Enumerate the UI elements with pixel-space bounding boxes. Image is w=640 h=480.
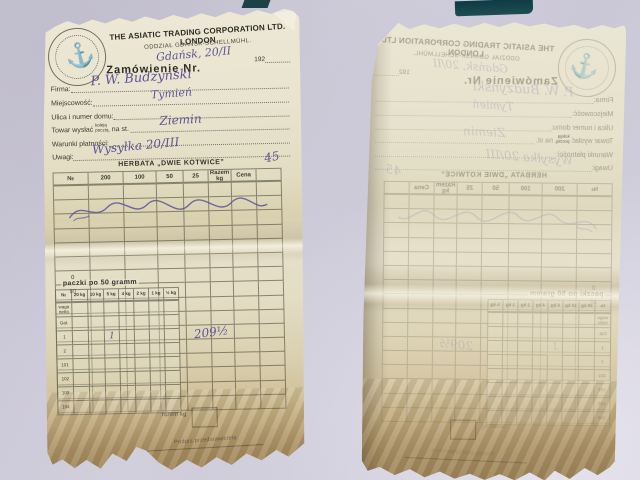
table-cell (432, 295, 455, 309)
table-cell (256, 169, 281, 183)
table-cell (532, 355, 547, 369)
table-cell: 5 kg (547, 301, 562, 314)
table-cell (212, 353, 235, 368)
table-cell (432, 351, 455, 365)
table-cell (455, 309, 480, 323)
table-cell (383, 237, 408, 251)
year-line: 192 (254, 54, 290, 64)
anchor-icon: ⚓ (566, 49, 601, 84)
table-cell (236, 381, 261, 396)
table-cell (487, 369, 502, 383)
table-cell (150, 357, 165, 371)
handwritten-45: 45 (384, 162, 402, 179)
table-cell (233, 225, 258, 240)
handwriting-squiggle (392, 203, 602, 237)
table-cell (134, 302, 149, 316)
table-cell (125, 241, 158, 256)
table-cell (135, 344, 150, 358)
table-cell: 4 kg (532, 300, 547, 313)
table-cell (382, 323, 407, 337)
towar-transport-options: koleją pocztą, (95, 123, 110, 133)
dark-object-top-center (242, 0, 271, 8)
table-cell (561, 384, 577, 398)
table-cell (577, 384, 593, 398)
table-cell (213, 367, 236, 382)
table-cell (546, 384, 561, 398)
table-cell (455, 366, 480, 380)
table-cell (517, 327, 532, 341)
table-cell (213, 381, 236, 396)
table-cell (151, 371, 166, 385)
table-cell (89, 330, 105, 344)
table-cell: ½ kg (164, 288, 179, 301)
table-cell (487, 355, 502, 369)
back-page-content: ⚓ THE ASIATIC TRADING CORPORATION LTD. L… (360, 21, 627, 480)
table-cell (261, 394, 286, 409)
year-line: 192 (374, 67, 410, 76)
table-cell (481, 238, 508, 252)
table-cell (259, 267, 284, 282)
table-cell: 1 (547, 342, 562, 356)
table-cell: 102 (593, 384, 609, 398)
table-cell (501, 397, 516, 411)
table-cell (186, 283, 211, 298)
table-cell (72, 303, 88, 317)
table-cell (456, 238, 481, 252)
table-cell (164, 301, 179, 315)
table-cell: 1 (594, 342, 610, 356)
table-cell: 100 (509, 183, 542, 196)
table-cell (516, 397, 531, 411)
table-cell (120, 316, 135, 330)
towar-transport-options: koleją pocztą, (555, 135, 570, 145)
table-cell (73, 359, 89, 373)
table-cell (455, 352, 480, 366)
table-cell (578, 314, 594, 328)
table-cell (576, 254, 611, 269)
table-cell (89, 358, 105, 372)
table-cell: ½ kg (487, 300, 502, 313)
table-cell: 103 (58, 387, 74, 401)
table-cell (407, 365, 432, 379)
towar-value: Ziemin (159, 112, 202, 128)
table-cell: № (56, 290, 72, 303)
table-cell (382, 379, 407, 393)
table-cell (547, 356, 562, 370)
table-cell (481, 281, 508, 295)
table-cell (407, 380, 432, 394)
table-cell (541, 267, 576, 282)
table-cell (407, 337, 432, 351)
table-cell (532, 313, 547, 327)
table-cell: 10 kg (562, 301, 578, 314)
table-cell (186, 297, 211, 312)
table-cell: 102 (58, 373, 74, 387)
table-cell (135, 330, 150, 344)
table-cell (547, 370, 562, 384)
packets-table: №20 kg10 kg5 kg4 kg2 kg1 kg½ kgwaga nett… (55, 287, 182, 416)
miejscowosc-label: Miejscowość: (51, 100, 93, 108)
table-cell: 103 (593, 398, 609, 412)
firma-label: Firma: (594, 97, 614, 104)
firma-label: Firma: (51, 86, 71, 93)
towar-line (375, 134, 534, 145)
front-page-content: ⚓ THE ASIATIC TRADING CORPORATION LTD. L… (37, 7, 309, 478)
year-dotline (265, 54, 290, 64)
signature-line (141, 444, 263, 452)
table-cell (541, 253, 576, 268)
table-cell (532, 341, 547, 355)
signature-label: Podpis przedstawiciela (431, 448, 494, 458)
table-cell (89, 344, 105, 358)
table-cell (125, 255, 158, 270)
table-cell (577, 398, 593, 412)
table-cell: № (594, 301, 610, 314)
table-cell (261, 380, 286, 395)
razem-box (191, 407, 217, 428)
uwagi-label: Uwagi: (52, 154, 74, 161)
table-cell (562, 342, 578, 356)
razem-label: razem kg (162, 412, 187, 419)
table-cell (408, 252, 433, 266)
table-cell (90, 256, 125, 271)
table-cell: 100 (124, 171, 157, 185)
table-cell (165, 315, 180, 329)
table-cell (487, 341, 502, 355)
table-cell (258, 253, 283, 268)
table-cell (456, 267, 481, 281)
table-cell (258, 224, 283, 239)
signature-line (405, 457, 527, 464)
table-cell: 1 kg (149, 288, 164, 301)
table-cell (562, 370, 578, 384)
uwagi-label: Uwagi: (591, 165, 612, 172)
table-cell: 2 kg (134, 289, 149, 302)
table-cell (486, 397, 501, 411)
year-prefix: 192 (254, 56, 265, 63)
table-cell (383, 280, 408, 294)
table-cell: 104 (593, 412, 609, 426)
table-cell (547, 314, 562, 328)
table-cell (211, 282, 234, 297)
table-cell (562, 328, 578, 342)
razem-label: razem kg (481, 424, 506, 430)
table-cell (407, 294, 432, 308)
table-cell (517, 355, 532, 369)
table-cell: Cena (409, 182, 434, 195)
table-cell (125, 227, 158, 242)
razem-box (450, 420, 476, 440)
table-cell (455, 295, 480, 309)
table-cell (74, 387, 90, 401)
table-cell (406, 408, 431, 422)
towar-poczta: pocztą, (555, 140, 570, 145)
table-cell (561, 398, 577, 412)
table-cell: 25 (183, 170, 208, 184)
table-cell (186, 311, 211, 326)
table-cell (234, 282, 259, 297)
table-cell: 4 kg (119, 289, 134, 302)
table-cell: 20 kg (578, 301, 594, 314)
table-cell: 104 (58, 401, 74, 415)
table-cell (502, 369, 517, 383)
signature-label: Podpis przedstawiciela (174, 435, 237, 446)
table-cell: waga netto (594, 314, 610, 328)
table-cell (158, 226, 185, 241)
table-cell (407, 351, 432, 365)
table-cell (517, 341, 532, 355)
table-cell (481, 253, 508, 267)
table-cell (481, 267, 508, 281)
handwritten-45: 45 (263, 149, 281, 166)
table-cell (186, 268, 211, 283)
table-cell (106, 400, 121, 414)
table-cell: 200 (542, 184, 577, 197)
table-cell (185, 226, 210, 241)
table-cell (234, 267, 259, 282)
table-cell (150, 315, 165, 329)
table-cell (383, 252, 408, 266)
table-cell (211, 296, 234, 311)
table-cell (433, 266, 456, 280)
table-cell (150, 343, 165, 357)
table-cell (576, 268, 611, 283)
table-cell: 10 kg (88, 289, 104, 302)
table-cell (90, 386, 106, 400)
table-cell (187, 339, 212, 354)
table-cell (74, 401, 90, 415)
table-cell (260, 324, 285, 339)
table-cell (546, 398, 561, 412)
table-cell (454, 394, 479, 408)
packets-title: paczki po 50 gramm (527, 290, 605, 298)
table-cell (576, 239, 611, 254)
packets-table: №20 kg10 kg5 kg4 kg2 kg1 kg½ kgwaga nett… (486, 299, 611, 426)
table-cell (73, 331, 89, 345)
table-cell (165, 357, 180, 371)
table-cell: 101 (57, 359, 73, 373)
table-cell (502, 313, 517, 327)
table-cell (508, 267, 541, 282)
table-cell (578, 328, 594, 342)
table-cell (381, 393, 406, 407)
table-cell: 2 kg (517, 300, 532, 313)
table-cell (120, 358, 135, 372)
table-cell: 5 kg (104, 289, 119, 302)
table-cell (433, 238, 456, 252)
table-cell (185, 254, 210, 269)
ulica-label: Ulica i numer domu: (51, 113, 113, 121)
table-cell (408, 266, 433, 280)
table-cell (135, 316, 150, 330)
table-cell (517, 369, 532, 383)
table-cell (210, 225, 233, 240)
table-cell (210, 239, 233, 254)
table-cell (407, 309, 432, 323)
table-cell (531, 397, 546, 411)
table-cell (136, 385, 151, 399)
table-cell (432, 366, 455, 380)
table-cell: waga netto (56, 303, 72, 317)
table-cell (382, 351, 407, 365)
table-cell: 200 (89, 172, 124, 186)
ulica-label: Ulica i numer domu: (551, 125, 613, 133)
table-cell: 20 kg (72, 290, 88, 303)
table-cell: № (577, 184, 612, 197)
table-cell (105, 358, 120, 372)
table-cell (106, 372, 121, 386)
table-cell (454, 380, 479, 394)
table-cell (486, 383, 501, 397)
table-cell (455, 323, 480, 337)
table-cell (578, 356, 594, 370)
table-cell (433, 280, 456, 294)
miejscowosc-label: Miejscowość: (572, 111, 614, 118)
table-cell (259, 295, 284, 310)
table-cell (165, 343, 180, 357)
table-cell (234, 310, 259, 325)
table-cell (382, 294, 407, 308)
table-cell (562, 314, 578, 328)
table-cell: 25 (457, 183, 482, 196)
table-cell (90, 372, 106, 386)
table-cell (562, 356, 578, 370)
table-cell (408, 280, 433, 294)
table-cell (578, 342, 594, 356)
table-cell (210, 254, 233, 269)
towar-label-2: na st. (112, 126, 129, 133)
table-cell (158, 255, 185, 270)
table-cell (166, 371, 181, 385)
table-cell (382, 337, 407, 351)
table-cell: 50 (482, 183, 509, 196)
table-cell: Razem kg (434, 182, 457, 195)
table-cell (55, 242, 90, 257)
table-cell (166, 385, 181, 399)
table-cell (135, 357, 150, 371)
handwriting-squiggle (63, 190, 274, 226)
table-cell: Gat. (57, 317, 73, 331)
table-cell (577, 412, 593, 426)
table-cell (517, 313, 532, 327)
table-cell (531, 383, 546, 397)
table-cell (501, 383, 516, 397)
table-cell (106, 386, 121, 400)
towar-poczta: pocztą, (95, 128, 110, 133)
table-cell: 2 (594, 356, 610, 370)
table-cell (516, 383, 531, 397)
table-cell (456, 281, 481, 295)
table-cell (260, 352, 285, 367)
table-cell (502, 341, 517, 355)
table-cell (432, 309, 455, 323)
table-cell (55, 257, 90, 272)
table-cell (431, 394, 454, 408)
table-cell (136, 371, 151, 385)
table-cell (516, 411, 531, 425)
table-cell (233, 253, 258, 268)
table-cell (384, 182, 409, 195)
table-cell (381, 408, 406, 422)
table-cell (120, 344, 135, 358)
table-cell (136, 399, 151, 413)
table-cell (456, 252, 481, 266)
table-cell (508, 253, 541, 268)
table-cell (258, 238, 283, 253)
table-cell (74, 373, 90, 387)
table-cell: 50 (156, 171, 183, 185)
table-cell (236, 367, 261, 382)
table-cell (88, 302, 104, 316)
table-cell (73, 317, 89, 331)
table-cell (433, 252, 456, 266)
table-cell (406, 394, 431, 408)
table-cell (120, 330, 135, 344)
table-cell (121, 400, 136, 414)
table-cell (235, 352, 260, 367)
table-cell: 101 (594, 370, 610, 384)
table-cell (487, 327, 502, 341)
table-cell (188, 368, 213, 383)
table-cell (187, 353, 212, 368)
table-cell: Razem kg (208, 170, 231, 183)
table-cell (235, 338, 260, 353)
table-cell (73, 345, 89, 359)
table-cell (502, 327, 517, 341)
towar-label-2: na st. (536, 137, 553, 144)
table-cell: № (54, 173, 89, 187)
table-cell (508, 239, 541, 254)
table-cell (260, 338, 285, 353)
table-cell (531, 411, 546, 425)
table-cell (165, 329, 180, 343)
table-cell (150, 329, 165, 343)
order-form-back: ⚓ THE ASIATIC TRADING CORPORATION LTD. L… (360, 21, 627, 480)
table-cell (188, 382, 213, 397)
table-cell (383, 266, 408, 280)
table-cell (382, 308, 407, 322)
table-cell (121, 372, 136, 386)
tea-table-title: HERBATA „DWIE KOTWICE” (363, 171, 625, 181)
table-cell (578, 370, 594, 384)
table-cell (105, 316, 120, 330)
table-cell (408, 238, 433, 252)
table-cell: 1 kg (502, 300, 517, 313)
table-cell (532, 327, 547, 341)
table-cell: Cena (231, 169, 256, 183)
towar-line (131, 120, 290, 132)
table-cell (407, 323, 432, 337)
table-cell (151, 385, 166, 399)
table-cell (105, 344, 120, 358)
table-cell: 2 (57, 345, 73, 359)
towar-label-1: Towar wysłać (52, 127, 94, 135)
table-cell (382, 365, 407, 379)
table-cell (185, 240, 210, 255)
table-cell (541, 239, 576, 254)
table-cell (90, 400, 106, 414)
table-cell (233, 239, 258, 254)
year-dotline (374, 67, 399, 76)
table-cell (212, 339, 235, 354)
table-cell (119, 302, 134, 316)
year-prefix: 192 (399, 69, 410, 76)
table-cell (90, 228, 125, 243)
table-cell (236, 395, 261, 410)
table-cell (487, 313, 502, 327)
table-cell: 1 (57, 331, 73, 345)
table-cell (90, 242, 125, 257)
